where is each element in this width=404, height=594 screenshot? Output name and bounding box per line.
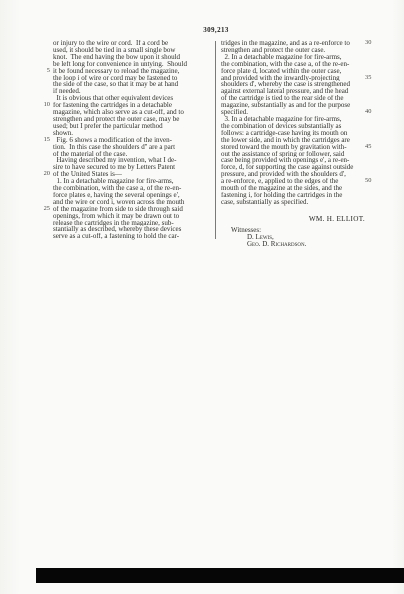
line-text: force plate d, located within the outer …	[221, 68, 362, 75]
line-number	[362, 116, 377, 123]
left-column: or injury to the wire or cord. If a cord…	[42, 40, 213, 240]
line-text: magazine, substantially as and for the p…	[221, 102, 362, 109]
text-line: used, it should be tied in a small singl…	[42, 47, 213, 54]
text-line: 5it be found necessary to reload the mag…	[42, 68, 213, 75]
text-line: magazine, substantially as and for the p…	[218, 102, 377, 109]
line-number	[362, 185, 377, 192]
text-line: mouth of the magazine at the sides, and …	[218, 185, 377, 192]
text-line: knot. The end having the bow upon it sho…	[42, 54, 213, 61]
line-number	[362, 192, 377, 199]
line-number	[42, 220, 50, 227]
line-number: 30	[362, 40, 377, 47]
line-text: 3. In a detachable magazine for fire-arm…	[221, 116, 362, 123]
line-text: case, substantially as specified.	[221, 199, 362, 206]
text-line: release the cartridges in the magazine, …	[42, 220, 213, 227]
text-line: the combination, with the case a, of the…	[218, 61, 377, 68]
line-text: of the magazine from side to side throug…	[53, 206, 213, 213]
text-line: strengthen and protect the outer case, m…	[42, 116, 213, 123]
line-text: tridges in the magazine, and as a re-enf…	[221, 40, 362, 47]
line-text: the lower side, and in which the cartrid…	[221, 137, 362, 144]
text-line: the side of the case, so that it may be …	[42, 81, 213, 88]
text-line: if needed.	[42, 88, 213, 95]
line-number	[362, 47, 377, 54]
witnesses-block: Witnesses: D. Lewis, Geo. D. Richardson.	[221, 227, 377, 249]
line-text: used; but I prefer the particular method	[53, 123, 213, 130]
line-number	[42, 109, 50, 116]
line-text: out the assistance of spring or follower…	[221, 151, 362, 158]
line-number: 50	[362, 178, 377, 185]
line-text: of the material of the case.	[53, 151, 213, 158]
line-number	[362, 157, 377, 164]
text-line: the combination of devices substantially…	[218, 123, 377, 130]
text-line: out the assistance of spring or follower…	[218, 151, 377, 158]
line-number	[42, 213, 50, 220]
column-divider-rule	[215, 41, 216, 239]
text-line: 1. In a detachable magazine for fire-arm…	[42, 178, 213, 185]
line-number	[42, 40, 50, 47]
text-line: follows: a cartridge-case having its mou…	[218, 130, 377, 137]
line-text: openings, from which it may be drawn out…	[53, 213, 213, 220]
line-number: 45	[362, 144, 377, 151]
text-line: strengthen and protect the outer case.	[218, 47, 377, 54]
text-line: shown.	[42, 130, 213, 137]
line-text: for fastening the cartridges in a detach…	[53, 102, 213, 109]
line-number	[362, 54, 377, 61]
line-text: stantially as described, whereby these d…	[53, 226, 213, 233]
line-text: shown.	[53, 130, 213, 137]
line-text: used, it should be tied in a small singl…	[53, 47, 213, 54]
line-number	[42, 75, 50, 82]
line-number: 10	[42, 102, 50, 109]
line-text: specified.	[221, 109, 362, 116]
text-line: shoulders d', whereby the case is streng…	[218, 81, 377, 88]
text-line: the combination, with the case a, of the…	[42, 185, 213, 192]
text-line: used; but I prefer the particular method	[42, 123, 213, 130]
patent-page: 309,213 or injury to the wire or cord. I…	[0, 0, 404, 594]
line-number	[42, 88, 50, 95]
line-number	[362, 123, 377, 130]
inventor-signature: WM. H. ELLIOT.	[221, 215, 365, 223]
line-text: be left long for convenience in untying.…	[53, 61, 213, 68]
line-number	[362, 88, 377, 95]
line-text: pressure, and provided with the shoulder…	[221, 171, 362, 178]
line-text: serve as a cut-off, a fastening to hold …	[53, 233, 213, 240]
line-number	[42, 81, 50, 88]
text-line: 3. In a detachable magazine for fire-arm…	[218, 116, 377, 123]
line-text: the combination, with the case a, of the…	[221, 61, 362, 68]
line-number	[362, 61, 377, 68]
text-line: 15 Fig. 6 shows a modification of the in…	[42, 137, 213, 144]
text-line: of the material of the case.	[42, 151, 213, 158]
text-line: stored toward the mouth by gravitation w…	[218, 144, 377, 151]
line-text: if needed.	[53, 88, 213, 95]
line-number	[42, 54, 50, 61]
text-line: tridges in the magazine, and as a re-enf…	[218, 40, 377, 47]
line-number	[42, 226, 50, 233]
line-text: It is obvious that other equivalent devi…	[53, 95, 213, 102]
text-line: openings, from which it may be drawn out…	[42, 213, 213, 220]
line-number	[362, 164, 377, 171]
line-text: the combination of devices substantially…	[221, 123, 362, 130]
line-text: Fig. 6 shows a modification of the inven…	[53, 137, 213, 144]
right-column: tridges in the magazine, and as a re-enf…	[218, 40, 377, 248]
text-line: tion. In this case the shoulders d'' are…	[42, 144, 213, 151]
line-text: sire to have secured to me by Letters Pa…	[53, 164, 213, 171]
line-number	[42, 116, 50, 123]
text-block: or injury to the wire or cord. If a cord…	[42, 40, 377, 248]
text-line: 10for fastening the cartridges in a deta…	[42, 102, 213, 109]
text-line: a re-enforce, e, applied to the edges of…	[218, 178, 377, 185]
line-number: 5	[42, 68, 50, 75]
line-text: fastening i, for holding the cartridges …	[221, 192, 362, 199]
text-line: the loop i of wire or cord may be fasten…	[42, 75, 213, 82]
line-text: the side of the case, so that it may be …	[53, 81, 213, 88]
line-number	[362, 95, 377, 102]
line-text: strengthen and protect the outer case.	[221, 47, 362, 54]
right-column-lines: tridges in the magazine, and as a re-enf…	[218, 40, 377, 206]
text-line: serve as a cut-off, a fastening to hold …	[42, 233, 213, 240]
line-text: and provided with the inwardly-projectin…	[221, 75, 362, 82]
text-line: and provided with the inwardly-projectin…	[218, 75, 377, 82]
text-line: Having described my invention, what I de…	[42, 157, 213, 164]
text-line: case, substantially as specified.	[218, 199, 377, 206]
text-line: be left long for convenience in untying.…	[42, 61, 213, 68]
line-text: Having described my invention, what I de…	[53, 157, 213, 164]
text-line: of the cartridge is tied to the rear sid…	[218, 95, 377, 102]
patent-number: 309,213	[0, 26, 404, 34]
text-line: specified.40	[218, 109, 377, 116]
line-text: stored toward the mouth by gravitation w…	[221, 144, 362, 151]
line-text: force plates e, having the several openi…	[53, 192, 213, 199]
line-number: 15	[42, 137, 50, 144]
line-number	[42, 47, 50, 54]
line-text: a re-enforce, e, applied to the edges of…	[221, 178, 362, 185]
line-text: release the cartridges in the magazine, …	[53, 220, 213, 227]
line-number	[42, 157, 50, 164]
line-text: magazine, which also serve as a cut-off,…	[53, 109, 213, 116]
line-number: 20	[42, 171, 50, 178]
line-text: against external lateral pressure, and t…	[221, 88, 362, 95]
text-line: stantially as described, whereby these d…	[42, 226, 213, 233]
text-line: 20of the United States is—	[42, 171, 213, 178]
line-text: of the United States is—	[53, 171, 213, 178]
line-text: the loop i of wire or cord may be fasten…	[53, 75, 213, 82]
line-text: or injury to the wire or cord. If a cord…	[53, 40, 213, 47]
line-text: shoulders d', whereby the case is streng…	[221, 81, 362, 88]
line-text: knot. The end having the bow upon it sho…	[53, 54, 213, 61]
line-number	[42, 185, 50, 192]
line-number	[42, 123, 50, 130]
text-line: fastening i, for holding the cartridges …	[218, 192, 377, 199]
line-text: tion. In this case the shoulders d'' are…	[53, 144, 213, 151]
line-text: 2. In a detachable magazine for fire-arm…	[221, 54, 362, 61]
line-number	[362, 81, 377, 88]
line-text: follows: a cartridge-case having its mou…	[221, 130, 362, 137]
line-number	[362, 151, 377, 158]
line-number	[42, 151, 50, 158]
line-text: the combination, with the case a, of the…	[53, 185, 213, 192]
line-text: and the wire or cord i, woven across the…	[53, 199, 213, 206]
line-number	[42, 233, 50, 240]
text-line: the lower side, and in which the cartrid…	[218, 137, 377, 144]
line-text: of the cartridge is tied to the rear sid…	[221, 95, 362, 102]
text-line: case being provided with openings e', a …	[218, 157, 377, 164]
text-line: force plate d, located within the outer …	[218, 68, 377, 75]
text-line: or injury to the wire or cord. If a cord…	[42, 40, 213, 47]
text-line: pressure, and provided with the shoulder…	[218, 171, 377, 178]
line-text: strengthen and protect the outer case, m…	[53, 116, 213, 123]
witness-name: Geo. D. Richardson.	[247, 241, 377, 248]
line-number: 40	[362, 109, 377, 116]
line-text: it be found necessary to reload the maga…	[53, 68, 213, 75]
line-text: 1. In a detachable magazine for fire-arm…	[53, 178, 213, 185]
text-line: sire to have secured to me by Letters Pa…	[42, 164, 213, 171]
text-line: 25of the magazine from side to side thro…	[42, 206, 213, 213]
line-text: force, d, for supporting the case agains…	[221, 164, 362, 171]
text-line: against external lateral pressure, and t…	[218, 88, 377, 95]
line-number	[362, 199, 377, 206]
line-text: mouth of the magazine at the sides, and …	[221, 185, 362, 192]
line-number	[362, 130, 377, 137]
text-line: force plates e, having the several openi…	[42, 192, 213, 199]
text-line: force, d, for supporting the case agains…	[218, 164, 377, 171]
text-line: 2. In a detachable magazine for fire-arm…	[218, 54, 377, 61]
text-line: and the wire or cord i, woven across the…	[42, 199, 213, 206]
scan-footer-black-bar	[36, 568, 404, 583]
line-text: case being provided with openings e', a …	[221, 157, 362, 164]
line-number	[42, 144, 50, 151]
text-line: magazine, which also serve as a cut-off,…	[42, 109, 213, 116]
line-number: 35	[362, 75, 377, 82]
line-number	[42, 192, 50, 199]
line-number: 25	[42, 206, 50, 213]
text-line: It is obvious that other equivalent devi…	[42, 95, 213, 102]
line-number	[42, 178, 50, 185]
